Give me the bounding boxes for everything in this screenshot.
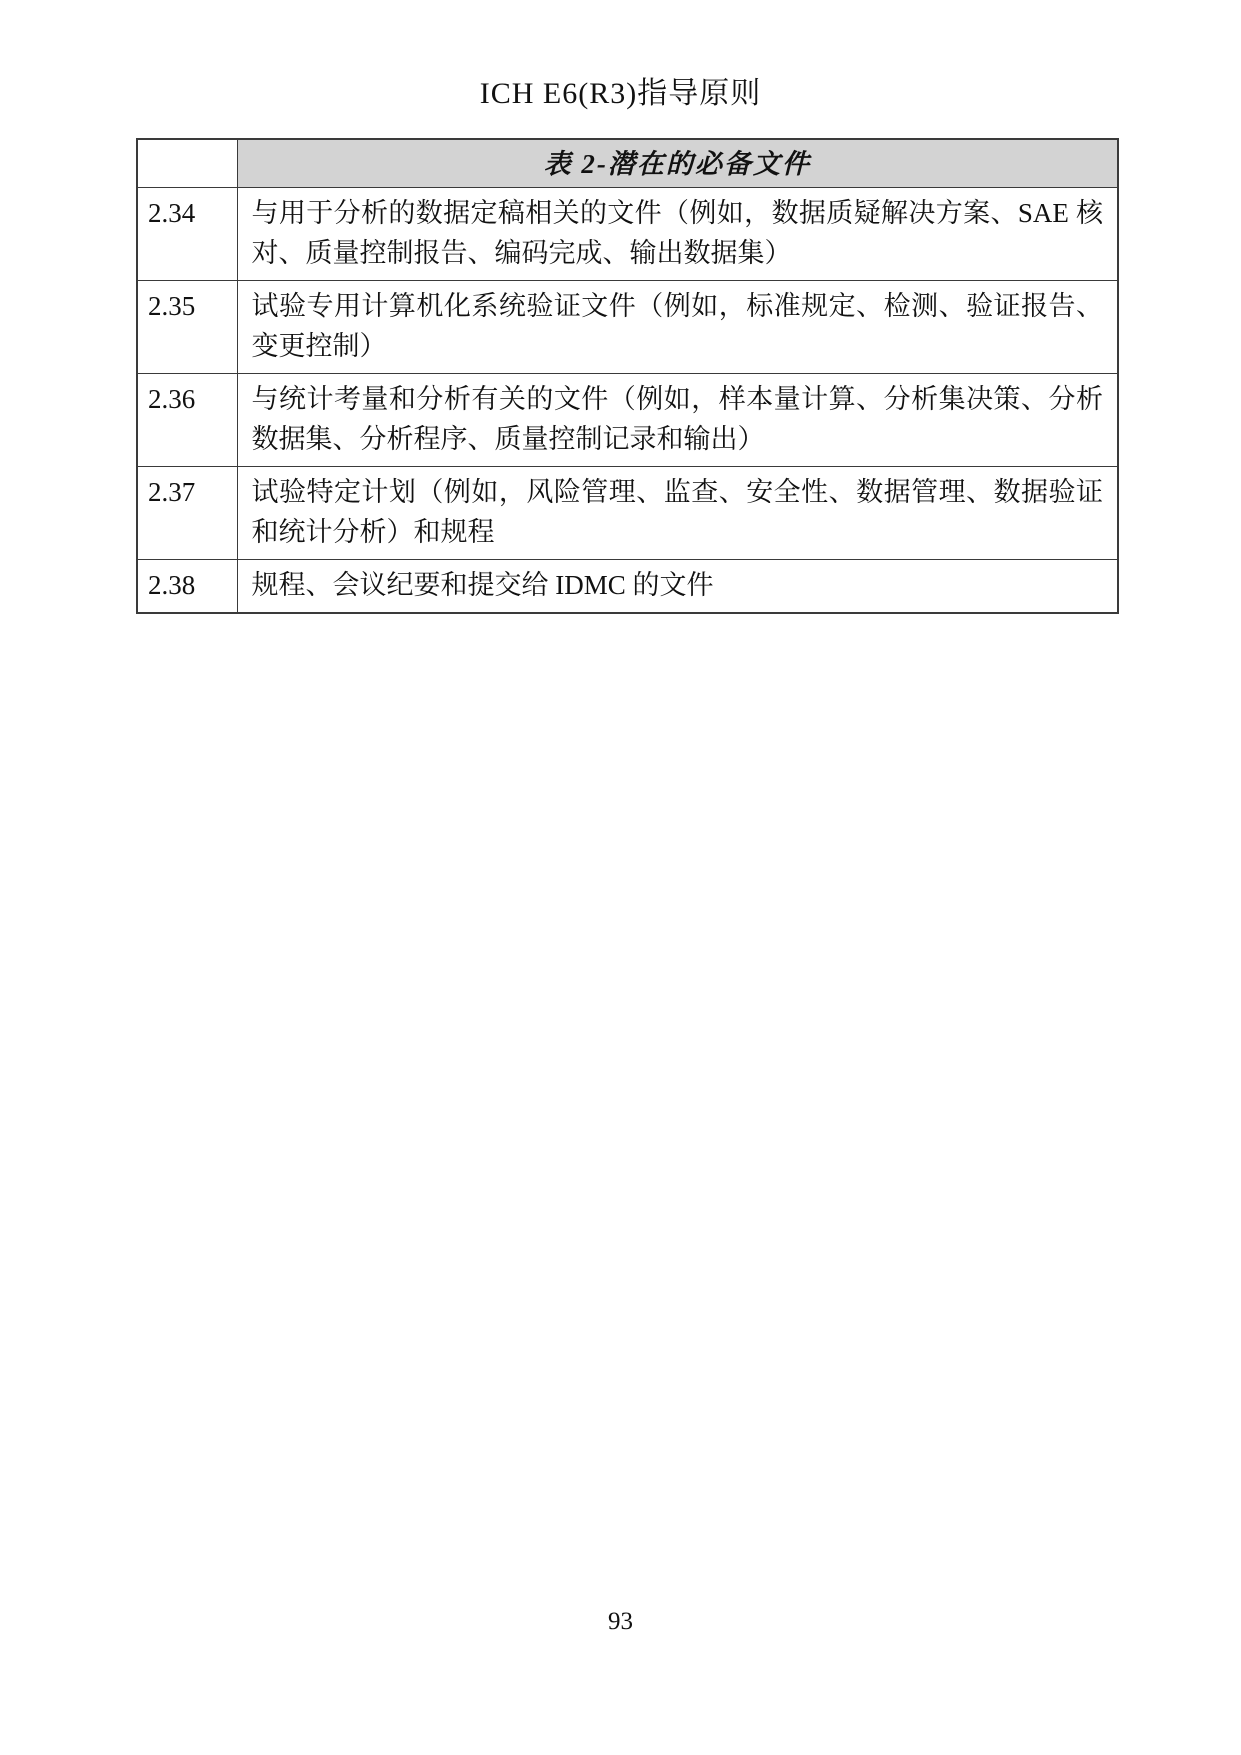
table-header-blank-cell — [137, 139, 237, 188]
row-text: 试验特定计划（例如，风险管理、监查、安全性、数据管理、数据验证和统计分析）和规程 — [237, 467, 1118, 560]
table-row: 2.34 与用于分析的数据定稿相关的文件（例如，数据质疑解决方案、SAE 核对、… — [137, 188, 1118, 281]
table-row: 2.36 与统计考量和分析有关的文件（例如，样本量计算、分析集决策、分析数据集、… — [137, 374, 1118, 467]
table-row: 2.38 规程、会议纪要和提交给 IDMC 的文件 — [137, 560, 1118, 614]
table-title: 表 2-潜在的必备文件 — [237, 139, 1118, 188]
row-number: 2.38 — [137, 560, 237, 614]
row-number: 2.37 — [137, 467, 237, 560]
table-row: 2.35 试验专用计算机化系统验证文件（例如，标准规定、检测、验证报告、变更控制… — [137, 281, 1118, 374]
row-number: 2.35 — [137, 281, 237, 374]
row-text: 与用于分析的数据定稿相关的文件（例如，数据质疑解决方案、SAE 核对、质量控制报… — [237, 188, 1118, 281]
row-number: 2.34 — [137, 188, 237, 281]
essential-documents-table: 表 2-潜在的必备文件 2.34 与用于分析的数据定稿相关的文件（例如，数据质疑… — [136, 138, 1119, 614]
table-header-row: 表 2-潜在的必备文件 — [137, 139, 1118, 188]
row-text: 试验专用计算机化系统验证文件（例如，标准规定、检测、验证报告、变更控制） — [237, 281, 1118, 374]
table-row: 2.37 试验特定计划（例如，风险管理、监查、安全性、数据管理、数据验证和统计分… — [137, 467, 1118, 560]
page-number: 93 — [0, 1608, 1241, 1636]
document-title: ICH E6(R3)指导原则 — [0, 68, 1241, 112]
row-text: 与统计考量和分析有关的文件（例如，样本量计算、分析集决策、分析数据集、分析程序、… — [237, 374, 1118, 467]
row-number: 2.36 — [137, 374, 237, 467]
row-text: 规程、会议纪要和提交给 IDMC 的文件 — [237, 560, 1118, 614]
